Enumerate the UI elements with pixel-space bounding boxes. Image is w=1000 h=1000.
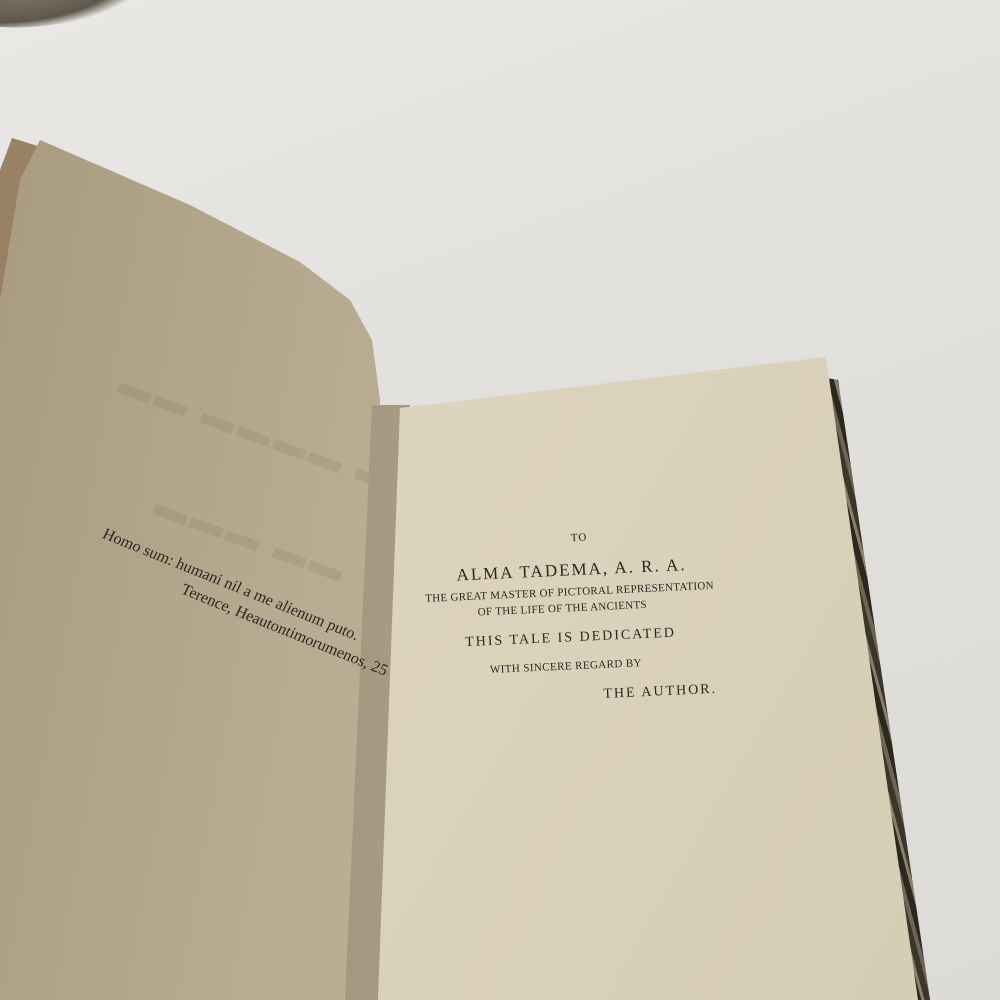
dedication-statement: THIS TALE IS DEDICATED (396, 622, 744, 654)
dedication-regard: WITH SINCERE REGARD BY (386, 652, 746, 680)
dedication: TO ALMA TADEMA, A. R. A. THE GREAT MASTE… (400, 525, 747, 712)
